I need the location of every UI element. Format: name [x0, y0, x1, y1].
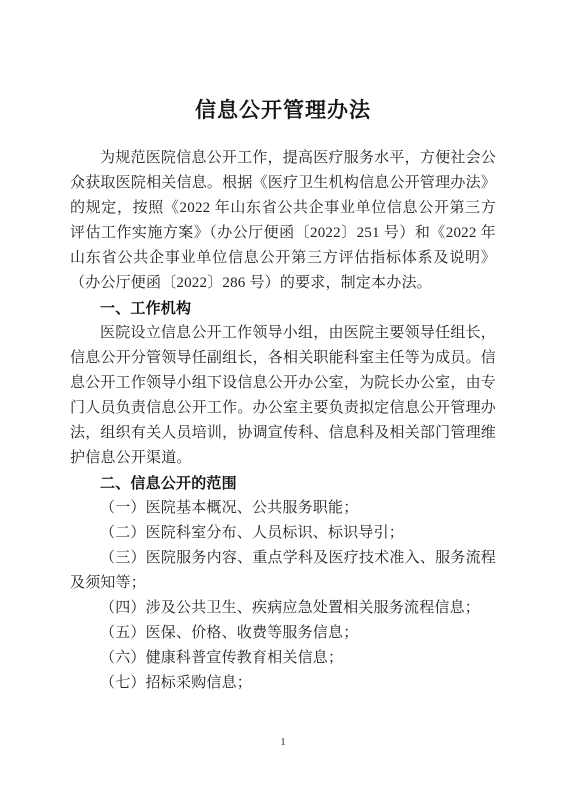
document-body: 为规范医院信息公开工作，提高医疗服务水平，方便社会公众获取医院相关信息。根据《医… — [70, 146, 496, 696]
paragraph: 为规范医院信息公开工作，提高医疗服务水平，方便社会公众获取医院相关信息。根据《医… — [70, 146, 496, 296]
paragraph: （三）医院服务内容、重点学科及医疗技术准入、服务流程及须知等； — [70, 546, 496, 596]
paragraph: （二）医院科室分布、人员标识、标识导引； — [70, 521, 496, 546]
paragraph: （一）医院基本概况、公共服务职能； — [70, 496, 496, 521]
paragraph: （七）招标采购信息； — [70, 671, 496, 696]
section-heading: 二、信息公开的范围 — [70, 471, 496, 496]
paragraph: 医院设立信息公开工作领导小组，由医院主要领导任组长，信息公开分管领导任副组长，各… — [70, 321, 496, 471]
section-heading: 一、工作机构 — [70, 296, 496, 321]
page-number: 1 — [0, 735, 566, 749]
document-title: 信息公开管理办法 — [70, 96, 496, 124]
paragraph: （六）健康科普宣传教育相关信息； — [70, 646, 496, 671]
paragraph: （五）医保、价格、收费等服务信息； — [70, 621, 496, 646]
paragraph: （四）涉及公共卫生、疾病应急处置相关服务流程信息； — [70, 596, 496, 621]
document-page: 信息公开管理办法 为规范医院信息公开工作，提高医疗服务水平，方便社会公众获取医院… — [0, 0, 566, 800]
document-content: 信息公开管理办法 为规范医院信息公开工作，提高医疗服务水平，方便社会公众获取医院… — [0, 0, 566, 696]
